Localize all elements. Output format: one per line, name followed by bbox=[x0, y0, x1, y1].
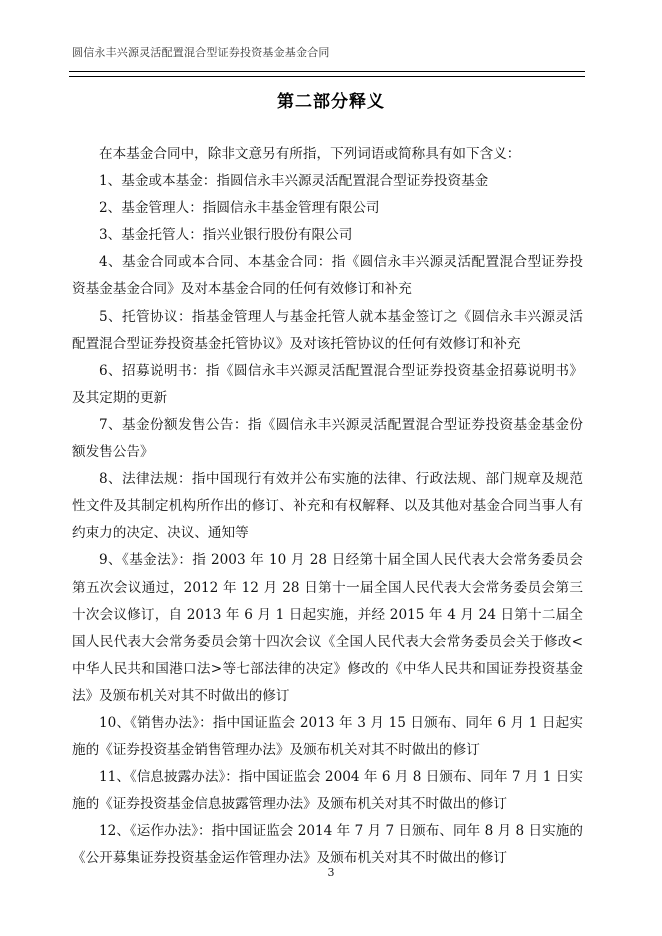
page-number: 3 bbox=[0, 866, 662, 879]
definition-5: 5、托管协议：指基金管理人与基金托管人就本基金签订之《圆信永丰兴源灵活配置混合型… bbox=[72, 304, 583, 358]
intro-paragraph: 在本基金合同中，除非文意另有所指，下列词语或简称具有如下含义： bbox=[72, 141, 583, 168]
definition-8: 8、法律法规：指中国现行有效并公布实施的法律、行政法规、部门规章及规范性文件及其… bbox=[72, 466, 583, 547]
definition-7: 7、基金份额发售公告：指《圆信永丰兴源灵活配置混合型证券投资基金基金份额发售公告… bbox=[72, 412, 583, 466]
page-header: 圆信永丰兴源灵活配置混合型证券投资基金基金合同 bbox=[72, 44, 330, 60]
definition-11: 11、《信息披露办法》：指中国证监会 2004 年 6 月 8 日颁布、同年 7… bbox=[72, 764, 583, 818]
section-title: 第二部分释义 bbox=[0, 87, 662, 112]
header-rule-top bbox=[69, 71, 585, 72]
document-body: 在本基金合同中，除非文意另有所指，下列词语或简称具有如下含义： 1、基金或本基金… bbox=[72, 141, 583, 873]
definition-9: 9、《基金法》：指 2003 年 10 月 28 日经第十届全国人民代表大会常务… bbox=[72, 547, 583, 710]
definition-10: 10、《销售办法》：指中国证监会 2013 年 3 月 15 日颁布、同年 6 … bbox=[72, 710, 583, 764]
definition-4: 4、基金合同或本合同、本基金合同：指《圆信永丰兴源灵活配置混合型证券投资基金基金… bbox=[72, 249, 583, 303]
definition-2: 2、基金管理人：指圆信永丰基金管理有限公司 bbox=[72, 195, 583, 222]
definition-1: 1、基金或本基金：指圆信永丰兴源灵活配置混合型证券投资基金 bbox=[72, 168, 583, 195]
definition-6: 6、招募说明书：指《圆信永丰兴源灵活配置混合型证券投资基金招募说明书》及其定期的… bbox=[72, 358, 583, 412]
definition-12: 12、《运作办法》：指中国证监会 2014 年 7 月 7 日颁布、同年 8 月… bbox=[72, 818, 583, 872]
header-rule-bottom bbox=[69, 76, 585, 77]
definition-3: 3、基金托管人：指兴业银行股份有限公司 bbox=[72, 222, 583, 249]
